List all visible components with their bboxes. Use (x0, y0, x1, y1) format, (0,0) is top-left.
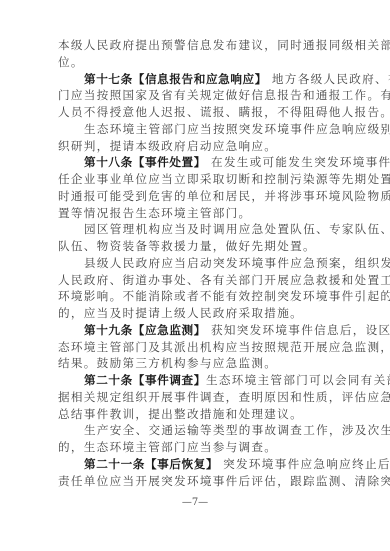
text-line: 置等情况报告生态环境主管部门。 (58, 205, 332, 222)
line-text: 的，生态环境主管部门应当参与调查。 (58, 440, 277, 454)
page-number: —7— (0, 497, 390, 508)
article-title: 第十九条【应急监测】 (84, 323, 206, 337)
line-text: 织研判，提请本级政府启动应急响应。 (58, 139, 277, 153)
text-line: 人员不得授意他人迟报、谎报、瞒报，不得阻碍他人报告。 (58, 104, 332, 121)
article-heading-line: 第二十一条【事后恢复】 突发环境事件应急响应终止后，事件 (58, 456, 332, 473)
article-heading-line: 第十七条【信息报告和应急响应】 地方各级人民政府、有关部 (58, 71, 332, 88)
line-text: 突发环境事件应急响应终止后，事件 (218, 457, 390, 471)
text-line: 总结事件教训，提出整改措施和处理建议。 (58, 406, 332, 423)
text-line: 据相关规定组织开展事件调查，查明原因和性质，评估应急处置工作， (58, 389, 332, 406)
text-line: 的，生态环境主管部门应当参与调查。 (58, 439, 332, 456)
line-text: 获知突发环境事件信息后，设区的市生 (206, 323, 390, 337)
line-text: 总结事件教训，提出整改措施和处理建议。 (58, 407, 303, 421)
body-text: 本级人民政府提出预警信息发布建议，同时通报同级相关部门和单位。第十七条【信息报告… (58, 37, 332, 489)
line-text: 园区管理机构应当及时调用应急处置队伍、专家队伍、应急监测 (84, 222, 390, 236)
text-line: 本级人民政府提出预警信息发布建议，同时通报同级相关部门和单 (58, 37, 332, 54)
text-line: 生产安全、交通运输等类型的事故调查工作，涉及次生环境污染 (58, 422, 332, 439)
text-line: 门应当按照国家及省有关规定做好信息报告和通报工作。有关单位和 (58, 87, 332, 104)
text-line: 园区管理机构应当及时调用应急处置队伍、专家队伍、应急监测 (58, 221, 332, 238)
line-text: 位。 (58, 55, 84, 69)
line-text: 本级人民政府提出预警信息发布建议，同时通报同级相关部门和单 (58, 38, 390, 52)
line-text: 生态环境主管部门可以会同有关部门，根 (206, 373, 390, 387)
line-text: 在发生或可能发生突发环境事件时，责 (206, 155, 390, 169)
text-line: 环境影响。不能消除或者不能有效控制突发环境事件引起的严重危害 (58, 288, 332, 305)
line-text: 责任单位应当开展突发环境事件后评估，跟踪监测、清除突发环境事 (58, 474, 390, 488)
line-text: 人民政府、街道办事处、各有关部门开展应急救援和处置工作，消除 (58, 273, 390, 287)
text-line: 的，应当及时提请上级人民政府采取措施。 (58, 305, 332, 322)
line-text: 态环境主管部门及其派出机构应当按照规范开展应急监测，报告监测 (58, 340, 390, 354)
article-heading-line: 第十九条【应急监测】 获知突发环境事件信息后，设区的市生 (58, 322, 332, 339)
text-line: 结果。鼓励第三方机构参与应急监测。 (58, 355, 332, 372)
text-line: 态环境主管部门及其派出机构应当按照规范开展应急监测，报告监测 (58, 339, 332, 356)
text-line: 队伍、物资装备等救援力量，做好先期处置。 (58, 238, 332, 255)
document-page: 本级人民政府提出预警信息发布建议，同时通报同级相关部门和单位。第十七条【信息报告… (0, 0, 390, 551)
line-text: 时通报可能受到危害的单位和居民，并将涉事环境风险物质、先期处 (58, 189, 390, 203)
text-line: 任企业事业单位应当立即采取切断和控制污染源等先期处置措施，及 (58, 171, 332, 188)
line-text: 队伍、物资装备等救援力量，做好先期处置。 (58, 239, 316, 253)
text-line: 人民政府、街道办事处、各有关部门开展应急救援和处置工作，消除 (58, 272, 332, 289)
line-text: 生态环境主管部门应当按照突发环境事件应急响应级别，及时组 (84, 122, 390, 136)
text-line: 时通报可能受到危害的单位和居民，并将涉事环境风险物质、先期处 (58, 188, 332, 205)
text-line: 生态环境主管部门应当按照突发环境事件应急响应级别，及时组 (58, 121, 332, 138)
text-line: 织研判，提请本级政府启动应急响应。 (58, 138, 332, 155)
line-text: 据相关规定组织开展事件调查，查明原因和性质，评估应急处置工作， (58, 390, 390, 404)
article-title: 第十七条【信息报告和应急响应】 (84, 72, 267, 86)
article-title: 第二十条【事件调查】 (84, 373, 206, 387)
text-line: 县级人民政府应当启动突发环境事件应急预案，组织发生地乡级 (58, 255, 332, 272)
line-text: 置等情况报告生态环境主管部门。 (58, 206, 251, 220)
line-text: 环境影响。不能消除或者不能有效控制突发环境事件引起的严重危害 (58, 289, 390, 303)
line-text: 地方各级人民政府、有关部 (267, 72, 390, 86)
line-text: 结果。鼓励第三方机构参与应急监测。 (58, 356, 277, 370)
line-text: 人员不得授意他人迟报、谎报、瞒报，不得阻碍他人报告。 (58, 105, 390, 119)
article-heading-line: 第二十条【事件调查】生态环境主管部门可以会同有关部门，根 (58, 372, 332, 389)
line-text: 县级人民政府应当启动突发环境事件应急预案，组织发生地乡级 (84, 256, 390, 270)
article-heading-line: 第十八条【事件处置】 在发生或可能发生突发环境事件时，责 (58, 154, 332, 171)
line-text: 门应当按照国家及省有关规定做好信息报告和通报工作。有关单位和 (58, 88, 390, 102)
article-title: 第十八条【事件处置】 (84, 155, 206, 169)
text-line: 位。 (58, 54, 332, 71)
line-text: 生产安全、交通运输等类型的事故调查工作，涉及次生环境污染 (84, 423, 390, 437)
line-text: 任企业事业单位应当立即采取切断和控制污染源等先期处置措施，及 (58, 172, 390, 186)
line-text: 的，应当及时提请上级人民政府采取措施。 (58, 306, 303, 320)
article-title: 第二十一条【事后恢复】 (84, 457, 218, 471)
text-line: 责任单位应当开展突发环境事件后评估，跟踪监测、清除突发环境事 (58, 473, 332, 490)
